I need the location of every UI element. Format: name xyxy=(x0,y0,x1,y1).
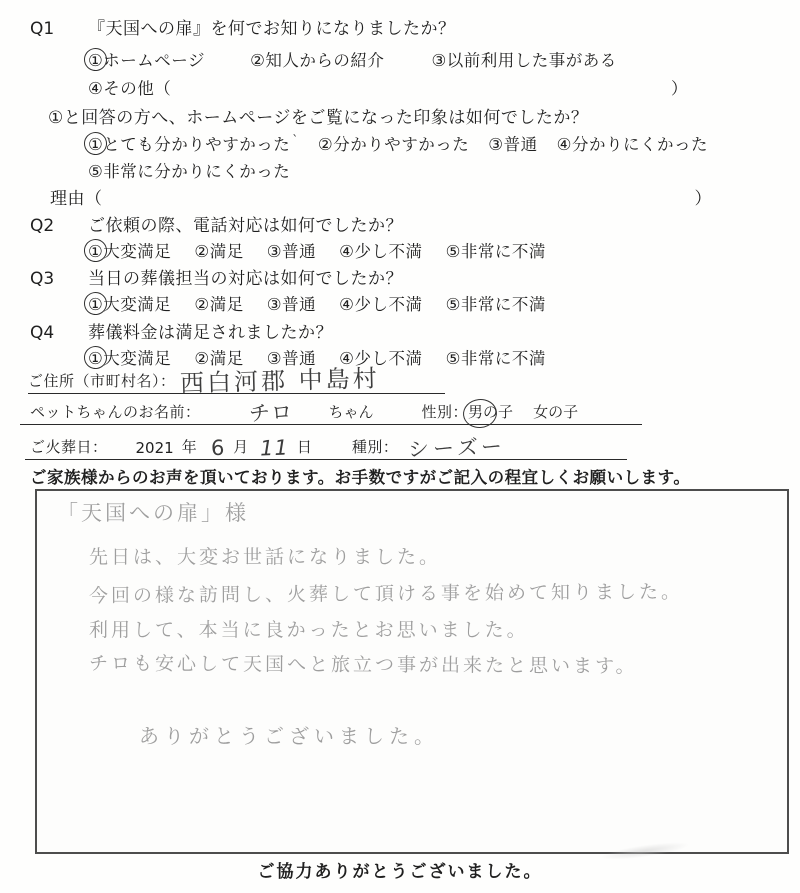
q1-option-3-mark: ③ xyxy=(431,51,446,70)
q1-sub-option-4-mark: ④ xyxy=(557,135,572,154)
message-recipient: 「天国への扉」様 xyxy=(57,503,249,524)
cremation-day-unit: 日 xyxy=(297,436,312,459)
breed-handwritten-value: シーズー xyxy=(408,436,507,460)
q1-option-4-row: ④その他（ ） xyxy=(88,75,688,99)
q2-label: Q2 xyxy=(30,216,88,236)
notice-text: ご家族様からのお声を頂いております。お手数ですがご記入の程宜しくお願いします。 xyxy=(30,464,690,488)
q1-sub-option-3-mark: ③ xyxy=(488,135,503,154)
reason-label: 理由（ xyxy=(50,184,103,209)
q1-sub-question: ①と回答の方へ、ホームページをご覧になった印象は如何でしたか？ xyxy=(48,103,588,128)
breed-label: 種別： xyxy=(352,436,399,459)
q1-sub-option-1: ①とても分かりやすかった` xyxy=(88,135,299,154)
q2-option-4: ④少し不満 xyxy=(339,242,422,261)
q3-option-2-mark: ② xyxy=(194,295,209,314)
cremation-year: 2021 xyxy=(136,439,174,459)
q1-options-row1: ①ホームページ ②知人からの紹介 ③以前利用した事がある xyxy=(88,47,617,71)
q1-sub-option-2-mark: ② xyxy=(318,135,333,154)
q1-option-1: ①ホームページ xyxy=(88,51,205,70)
address-field-row: ご住所（市町村名）： 西白河郡 中島村 xyxy=(28,362,445,394)
q2-text: ご依頼の際、電話対応は如何でしたか？ xyxy=(88,216,403,236)
q1-option-3: ③以前利用した事がある xyxy=(431,51,616,70)
pet-name-handwritten-value: チロ xyxy=(248,402,293,425)
cremation-day-handwritten: 11 xyxy=(260,438,289,460)
q1-question: Q1『天国への扉』を何でお知りになりましたか？ xyxy=(30,14,456,39)
gender-option-female: 女の子 xyxy=(533,401,578,424)
cremation-month-handwritten: 6 xyxy=(210,438,225,459)
q3-text: 当日の葬儀担当の対応は如何でしたか？ xyxy=(88,269,403,289)
q3-option-3-label: 普通 xyxy=(282,295,316,314)
cremation-year-unit: 年 xyxy=(182,436,197,459)
q4-option-5-label: 非常に不満 xyxy=(461,349,546,368)
q1-sub-option-2-label: 分かりやすかった xyxy=(333,135,469,154)
q3-option-5-mark: ⑤ xyxy=(446,295,461,314)
q3-option-2-label: 満足 xyxy=(210,295,244,314)
q1-sub-option-5-label: 非常に分かりにくかった xyxy=(103,162,290,181)
footer-thanks-text: ご協力ありがとうございました。 xyxy=(0,857,800,882)
q2-option-1-label: 大変満足 xyxy=(103,242,171,261)
q4-option-5-mark: ⑤ xyxy=(446,349,461,368)
family-message-box: 「天国への扉」様 先日は、大変お世話になりました。 今回の様な訪問し、火葬して頂… xyxy=(35,489,789,854)
q1-sub-option-3: ③普通 xyxy=(488,135,537,154)
q1-sub-option-1-mark: ① xyxy=(88,135,103,154)
message-line-5: ありがとうございました。 xyxy=(139,726,439,746)
q3-option-1-label: 大変満足 xyxy=(103,295,171,314)
q1-sub-options-row1: ①とても分かりやすかった` ②分かりやすかった ③普通 ④分かりにくかった xyxy=(88,131,708,155)
q2-option-4-label: 少し不満 xyxy=(354,242,422,261)
q1-option-3-label: 以前利用した事がある xyxy=(447,51,617,70)
q2-option-3: ③普通 xyxy=(267,242,316,261)
q1-option-4-mark: ④ xyxy=(88,79,103,98)
q1-sub-option-5-mark: ⑤ xyxy=(88,162,103,181)
survey-form-page: Q1『天国への扉』を何でお知りになりましたか？ ①ホームページ ②知人からの紹介… xyxy=(0,0,800,893)
cremation-date-label: ご火葬日： xyxy=(30,436,108,459)
message-line-2: 今回の様な訪問し、火葬して頂ける事を始めて知りました。 xyxy=(89,583,683,606)
q1-option-4: ④その他（ xyxy=(88,75,171,99)
q3-option-3: ③普通 xyxy=(267,295,316,314)
q3-option-2: ②満足 xyxy=(194,295,243,314)
q1-text: 『天国への扉』を何でお知りになりましたか？ xyxy=(88,19,456,39)
q3-option-5-label: 非常に不満 xyxy=(461,295,546,314)
q1-label: Q1 xyxy=(30,19,88,39)
gender-option-male: 男の子 xyxy=(468,401,513,424)
message-line-1: 先日は、大変お世話になりました。 xyxy=(89,548,441,567)
q1-option-2-label: 知人からの紹介 xyxy=(265,51,384,70)
q3-option-1: ①大変満足 xyxy=(88,295,171,314)
gender-label: 性別： xyxy=(422,401,469,424)
address-handwritten-value: 西白河郡 中島村 xyxy=(179,366,379,395)
address-label: ご住所（市町村名）： xyxy=(28,370,176,393)
q3-label: Q3 xyxy=(30,269,88,289)
q2-option-1-mark: ① xyxy=(88,242,103,261)
q1-sub-option-3-label: 普通 xyxy=(504,135,538,154)
q1-option-1-mark: ① xyxy=(88,51,103,70)
q1-sub-option-2: ②分かりやすかった xyxy=(318,135,469,154)
q2-option-3-mark: ③ xyxy=(267,242,282,261)
message-line-4: チロも安心して天国へと旅立つ事が出来たと思います。 xyxy=(89,655,638,677)
reason-paren-close: ） xyxy=(695,184,713,209)
q2-option-4-mark: ④ xyxy=(339,242,354,261)
q4-label: Q4 xyxy=(30,323,88,343)
q1-sub-option-5: ⑤非常に分かりにくかった xyxy=(88,162,290,181)
cremation-month-unit: 月 xyxy=(233,436,248,459)
reason-row: 理由（ ） xyxy=(50,184,712,209)
q3-option-3-mark: ③ xyxy=(267,295,282,314)
q4-option-5: ⑤非常に不満 xyxy=(446,349,546,368)
q2-options-row: ①大変満足 ②満足 ③普通 ④少し不満 ⑤非常に不満 xyxy=(88,238,546,262)
q1-option-4-label: その他（ xyxy=(103,79,171,98)
q2-question: Q2ご依頼の際、電話対応は如何でしたか？ xyxy=(30,211,403,236)
q1-sub-option-1-label: とても分かりやすかった xyxy=(103,135,290,154)
q1-sub-options-row2: ⑤非常に分かりにくかった xyxy=(88,158,290,182)
pet-field-row: ペットちゃんのお名前： チロ ちゃん 性別： 男の子 女の子 xyxy=(20,399,642,425)
q1-sub-option-4-label: 分かりにくかった xyxy=(572,135,708,154)
pet-name-suffix: ちゃん xyxy=(329,401,374,424)
message-line-3: 利用して、本当に良かったとお思いました。 xyxy=(89,621,529,640)
q4-text: 葬儀料金は満足されましたか？ xyxy=(88,323,333,343)
q4-question: Q4葬儀料金は満足されましたか？ xyxy=(30,318,333,343)
q3-option-5: ⑤非常に不満 xyxy=(446,295,546,314)
q1-sub-text: ①と回答の方へ、ホームページをご覧になった印象は如何でしたか？ xyxy=(48,108,588,128)
q3-option-1-mark: ① xyxy=(88,295,103,314)
q2-option-2-label: 満足 xyxy=(210,242,244,261)
q3-option-4-mark: ④ xyxy=(339,295,354,314)
q2-option-2-mark: ② xyxy=(194,242,209,261)
stray-pen-mark: ` xyxy=(292,133,299,147)
q2-option-5: ⑤非常に不満 xyxy=(446,242,546,261)
q2-option-5-mark: ⑤ xyxy=(446,242,461,261)
cremation-field-row: ご火葬日： 2021 年 6 月 11 日 種別： シーズー xyxy=(25,434,627,460)
pet-name-label: ペットちゃんのお名前： xyxy=(30,401,201,424)
q2-option-5-label: 非常に不満 xyxy=(461,242,546,261)
q1-option-2-mark: ② xyxy=(250,51,265,70)
q2-option-2: ②満足 xyxy=(194,242,243,261)
q3-option-4-label: 少し不満 xyxy=(354,295,422,314)
q1-option-2: ②知人からの紹介 xyxy=(250,51,384,70)
q1-option-4-paren-close: ） xyxy=(671,75,688,99)
q1-sub-option-4: ④分かりにくかった xyxy=(557,135,708,154)
q3-option-4: ④少し不満 xyxy=(339,295,422,314)
q2-option-3-label: 普通 xyxy=(282,242,316,261)
q2-option-1: ①大変満足 xyxy=(88,242,171,261)
q1-option-1-label: ホームページ xyxy=(103,51,205,70)
q3-options-row: ①大変満足 ②満足 ③普通 ④少し不満 ⑤非常に不満 xyxy=(88,291,546,315)
q3-question: Q3当日の葬儀担当の対応は如何でしたか？ xyxy=(30,264,403,289)
